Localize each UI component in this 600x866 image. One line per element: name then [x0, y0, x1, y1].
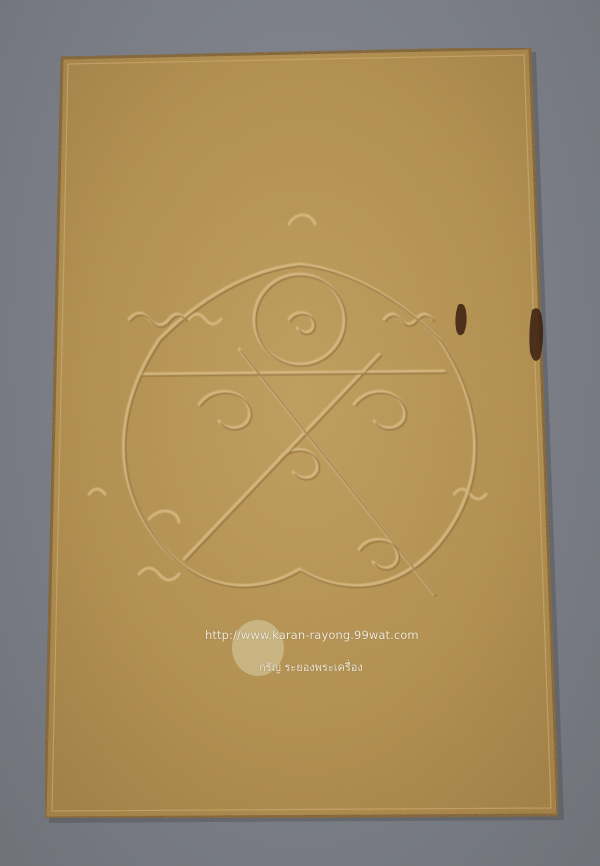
watermark-owner: กรัญ ระยองพระเครื่อง [259, 658, 363, 676]
stain-mark [529, 308, 543, 361]
watermark-url: http://www.karan-rayong.99wat.com [205, 628, 419, 642]
amulet [0, 0, 600, 866]
amulet-body [45, 48, 558, 818]
